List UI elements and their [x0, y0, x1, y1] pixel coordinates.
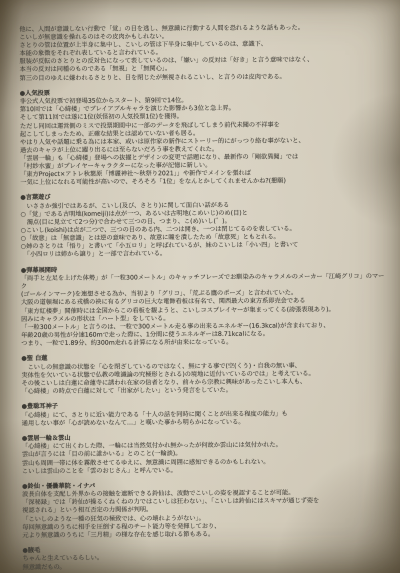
text-line: 一気に上位になれる可能性が高いので、そろそろ「1位」をなんとかしてくれませんかね… [20, 177, 388, 187]
page-text: 他に、人間が意識しない行動で「覚」の目を逃し、無意識に行動する人間を恐れるような… [19, 24, 390, 573]
text-line: 第三の目のゆえに嫌われるさとりと、目を閉じたが無視されるこいし、と言うのは皮肉で… [20, 72, 388, 82]
text-line: 「小四ロリは姉から譲り」と一部で言われている。 [21, 249, 389, 259]
text-line: 通用しない事が「心が読めないなんて…」と嘆いた事から明らかになっている。 [22, 417, 390, 427]
section: ●聖 白蓮 こいしの無意識の状態を「心を閉ざしているのではなく、無にする事で(空… [21, 353, 389, 396]
section: ●雲居一輪＆雲山「心綺楼」にて出くわした際、一輪には当然気付かれ無かったが何故か… [22, 433, 390, 476]
section: ●人気投票非公式人気投票で初登場35位からスタート、第9回で14位。第10回では… [20, 88, 389, 188]
scanned-page: 他に、人間が意識しない行動で「覚」の目を逃し、無意識に行動する人間を恐れるような… [0, 0, 400, 573]
section: ●鈴仙・優曇華院・イナバ波長自体を支配し外界からの接触を遮断できる鈴仙は、波動で… [22, 481, 390, 540]
text-line: 「心綺楼」の時点で白蓮に対して「出家がしたい」という発言をしていた。 [22, 386, 390, 396]
section: ●言葉遊び いささか強引ではあるが、こいし(及び、さとり)に関して面白い話がある… [20, 192, 388, 259]
section: ●弾幕展開時「両手と左足を上げた体勢」が「一粒300メートル」のキャッチフレーズ… [21, 264, 389, 348]
section: ●腋毛ちゃんと生えているらしい。無意識だもの。 [22, 545, 390, 572]
section: 他に、人間が意識しない行動で「覚」の目を逃し、無意識に行動する人間を恐れるような… [19, 24, 387, 83]
section: ●豊聡耳神子「心綺楼」にて、さとりに近い能力である「十人の話を同時に聞くことが出… [22, 401, 390, 428]
text-line: こいしは雲山のことを「雲のおじさん」と呼んでいる。 [22, 465, 390, 475]
text-line: 元より無意識のうちに「三月精」の様な存在を感じ取れる節もある。 [22, 530, 390, 540]
text-line: つまり、一粒で1.89分、約300m走れる計算になる所が由来になっている。 [21, 338, 389, 348]
